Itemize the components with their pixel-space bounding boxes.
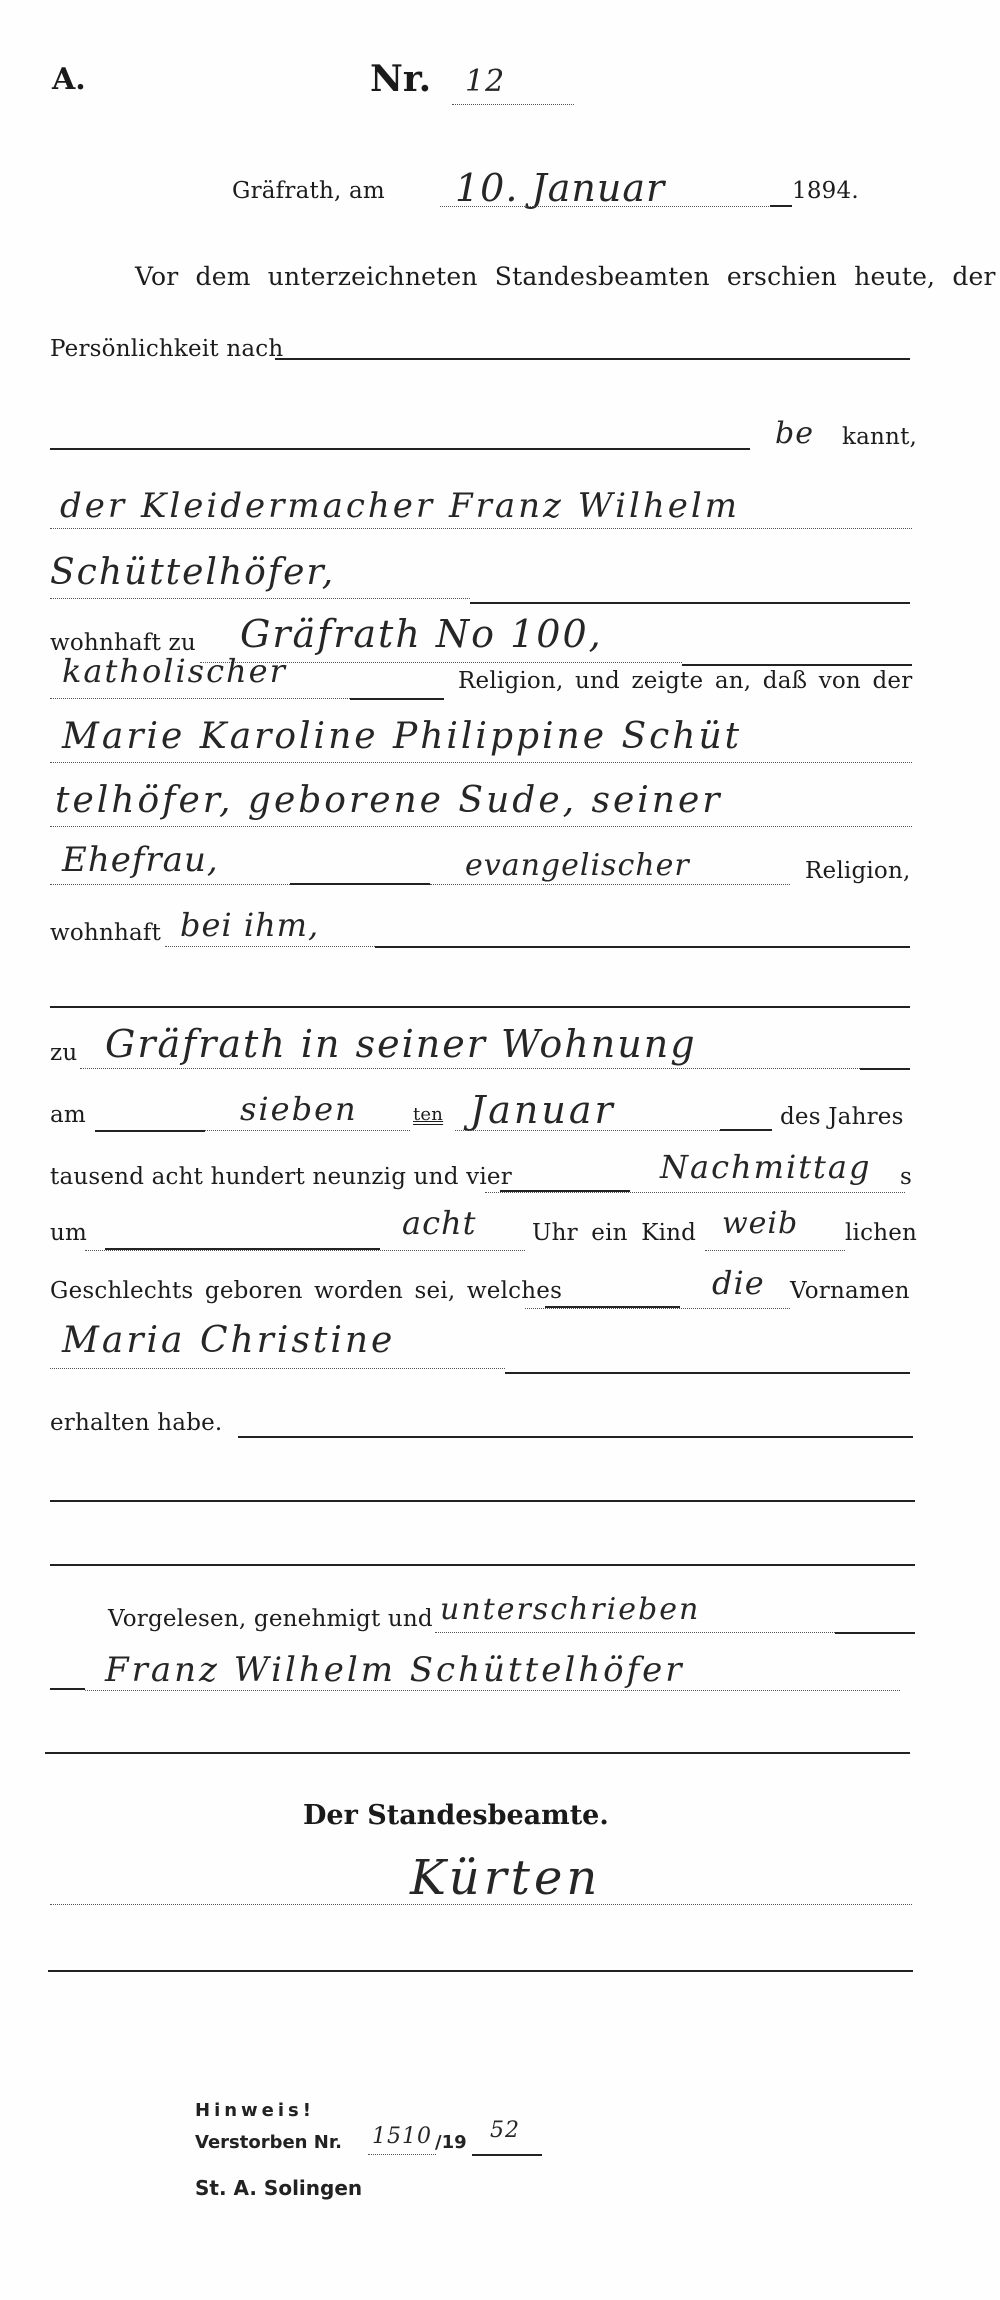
birth-place-rule xyxy=(80,1068,860,1069)
place-label: Gräfrath, am xyxy=(232,178,385,204)
personality-rule xyxy=(275,358,910,360)
date-rule-end xyxy=(770,205,792,207)
sex-rule xyxy=(705,1250,845,1251)
blank-rule-1 xyxy=(50,1006,910,1008)
birth-place: Gräfrath in seiner Wohnung xyxy=(105,1022,697,1066)
form-letter: A. xyxy=(52,62,86,97)
stamp-death-number: 1510 xyxy=(372,2124,432,2149)
mother-relation-rule-mid xyxy=(290,883,430,885)
day-suffix: ten xyxy=(413,1104,443,1125)
personality-label: Persönlichkeit nach xyxy=(50,336,283,362)
time-of-day: Nachmittag xyxy=(660,1148,871,1186)
signed-handwritten: unterschrieben xyxy=(440,1592,700,1627)
year-of-label: des Jahres xyxy=(780,1104,904,1130)
day-rule xyxy=(205,1130,410,1131)
mother-name-line-2: telhöfer, geborene Sude, seiner xyxy=(55,780,723,821)
informant-surname: Schüttelhöfer, xyxy=(50,552,335,593)
article-rule-solid xyxy=(545,1306,680,1308)
blank-rule-3 xyxy=(50,1564,915,1566)
mother-religion: evangelischer xyxy=(465,848,690,883)
stamp-year-rule xyxy=(472,2154,542,2156)
child-forenames: Maria Christine xyxy=(62,1320,395,1361)
blank-rule-4 xyxy=(45,1752,910,1754)
blank-rule-2 xyxy=(50,1500,915,1502)
informant-signature-rule xyxy=(85,1690,900,1691)
birth-hour: acht xyxy=(402,1204,476,1242)
informant-signature: Franz Wilhelm Schüttelhöfer xyxy=(105,1650,685,1690)
month-rule xyxy=(455,1130,720,1131)
received-rule xyxy=(238,1436,913,1438)
mother-religion-print: Religion, xyxy=(805,858,911,884)
hour-rule xyxy=(85,1250,525,1251)
child-print: Uhr ein Kind xyxy=(532,1220,696,1246)
received-print: erhalten habe. xyxy=(50,1410,222,1436)
registrar-title: Der Standesbeamte. xyxy=(303,1800,609,1831)
mother-rule-1 xyxy=(50,762,912,763)
informant-residence: Gräfrath No 100, xyxy=(240,612,603,656)
article: die xyxy=(712,1264,765,1302)
stamp-year-suffix: 52 xyxy=(490,2118,520,2143)
read-approved-print: Vorgelesen, genehmigt und xyxy=(108,1606,433,1632)
year-words-rule-solid xyxy=(500,1190,630,1192)
informant-rule-2-end xyxy=(470,602,910,604)
register-number: 12 xyxy=(465,64,505,99)
read-rule-end xyxy=(835,1632,915,1634)
mother-relation-rule xyxy=(50,884,290,885)
month-rule-end xyxy=(720,1129,772,1131)
informant-religion: katholischer xyxy=(62,652,287,690)
known-handwritten: be xyxy=(775,416,814,451)
stamp-year-prefix: /19 xyxy=(435,2132,467,2153)
informant-rule-2 xyxy=(50,598,470,599)
informant-signature-rule-start xyxy=(50,1688,85,1690)
mother-religion-rule xyxy=(430,884,790,885)
known-print: kannt, xyxy=(842,424,917,450)
birth-month: Januar xyxy=(470,1088,616,1132)
registrar-signature: Kürten xyxy=(410,1850,601,1906)
forenames-rule xyxy=(50,1368,505,1369)
birth-place-rule-end xyxy=(860,1068,910,1070)
mother-residence-rule xyxy=(165,946,375,947)
birth-register-page: A. Nr. 12 Gräfrath, am 10. Januar 1894. … xyxy=(0,0,1000,2300)
stamp-note: Hinweis! xyxy=(195,2100,315,2121)
number-rule xyxy=(452,104,574,105)
year-in-words: tausend acht hundert neunzig und vier xyxy=(50,1164,512,1190)
number-label: Nr. xyxy=(370,58,431,100)
birth-place-label: zu xyxy=(50,1040,77,1066)
residence-rule-end xyxy=(682,664,912,666)
religion-print: Religion, und zeigte an, daß von der xyxy=(458,668,912,694)
year-words-rule xyxy=(485,1192,905,1193)
mother-name-line-1: Marie Karoline Philippine Schüt xyxy=(62,716,742,757)
born-print: Geschlechts geboren worden sei, welches xyxy=(50,1278,562,1304)
religion-rule-end xyxy=(350,698,444,700)
informant-rule-1 xyxy=(50,528,912,529)
forenames-label: Vornamen xyxy=(790,1278,910,1304)
intro-line: Vor dem unterzeichneten Standesbeamten e… xyxy=(135,262,996,291)
mother-rule-2 xyxy=(50,826,912,827)
hour-label: um xyxy=(50,1220,87,1246)
stamp-death-label: Verstorben Nr. xyxy=(195,2132,342,2153)
hour-rule-solid xyxy=(105,1248,380,1250)
informant-occupation-name: der Kleidermacher Franz Wilhelm xyxy=(60,486,740,526)
mother-residence-rule-end xyxy=(375,946,910,948)
year-label: 1894. xyxy=(792,178,859,204)
registrar-signature-rule xyxy=(50,1904,912,1905)
article-rule xyxy=(525,1308,790,1309)
read-rule xyxy=(435,1632,835,1633)
sex-suffix: lichen xyxy=(845,1220,917,1246)
child-sex: weib xyxy=(722,1206,798,1241)
time-of-day-suffix: s xyxy=(900,1164,912,1190)
mother-residence: bei ihm, xyxy=(180,906,319,944)
registration-date: 10. Januar xyxy=(455,166,665,210)
closing-rule xyxy=(48,1970,913,1972)
stamp-number-rule xyxy=(368,2154,436,2155)
mother-residence-label: wohnhaft xyxy=(50,920,161,946)
forenames-rule-end xyxy=(505,1372,910,1374)
date-rule xyxy=(440,206,785,207)
birth-day: sieben xyxy=(240,1090,358,1128)
stamp-office: St. A. Solingen xyxy=(195,2176,362,2200)
mother-relation: Ehefrau, xyxy=(62,840,219,880)
day-rule-start xyxy=(95,1130,205,1132)
known-rule xyxy=(50,448,750,450)
day-label: am xyxy=(50,1102,86,1128)
religion-rule xyxy=(50,698,350,699)
